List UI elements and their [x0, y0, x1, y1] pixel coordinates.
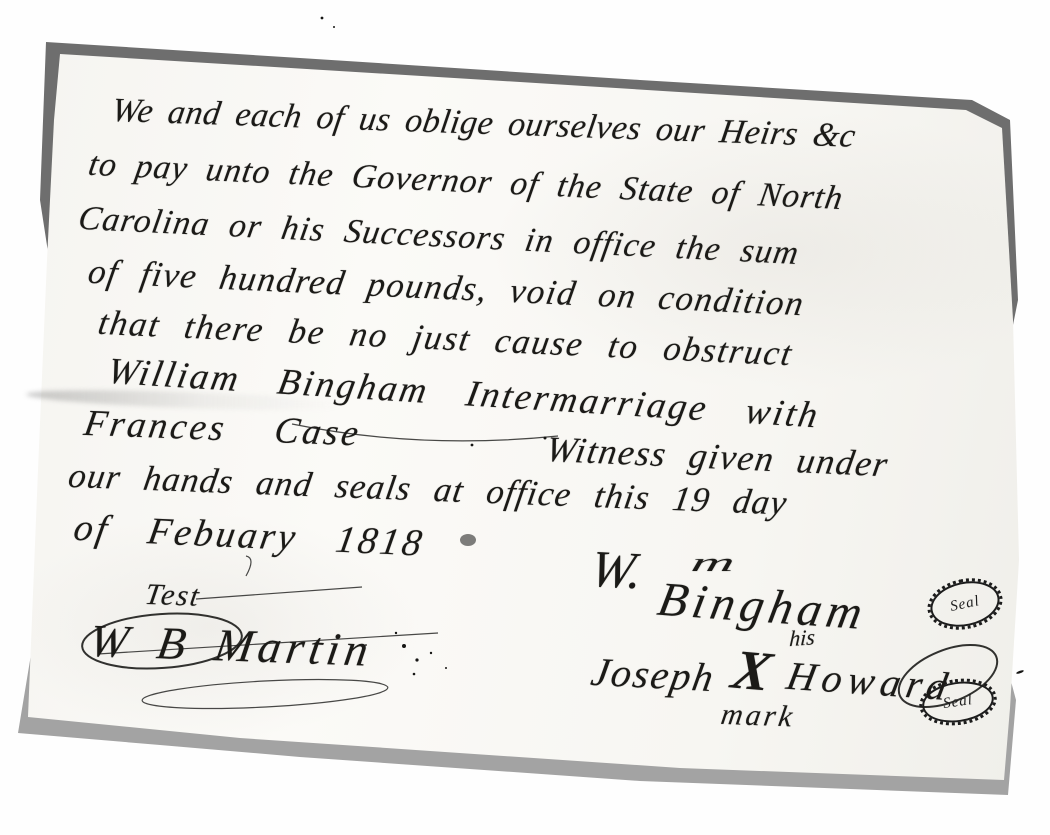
- ink-speck: [1016, 670, 1024, 675]
- howard-given-name: Joseph: [588, 648, 719, 701]
- witness-signature-martin: W B Martin: [86, 614, 377, 677]
- ink-speck: [333, 26, 335, 28]
- attest-label: Test: [143, 578, 204, 614]
- bingham-signature-initial: W.: [586, 540, 648, 601]
- seal-label: Seal: [949, 593, 982, 616]
- his-label: his: [789, 624, 816, 652]
- scanned-document: Seal Seal We and each of us oblige ourse…: [0, 0, 1050, 835]
- ink-speck: [321, 17, 324, 20]
- mark-label: mark: [719, 698, 798, 734]
